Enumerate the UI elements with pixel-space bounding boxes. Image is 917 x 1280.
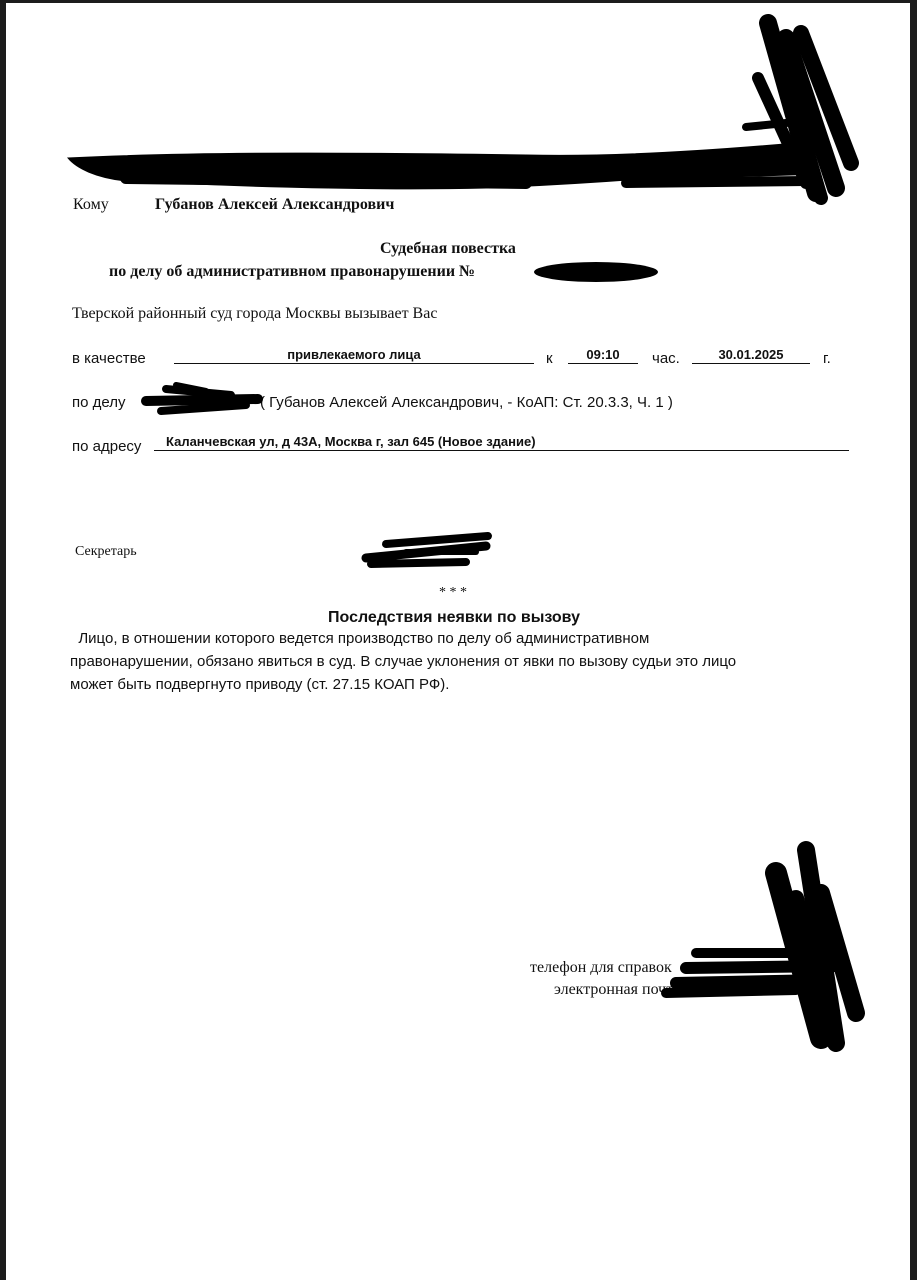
case-details: ( Губанов Алексей Александрович, - КоАП:… <box>260 394 673 411</box>
consequences-line-1: Лицо, в отношении которого ведется произ… <box>70 630 649 647</box>
redaction-footer-contacts <box>646 838 876 1058</box>
phone-label: телефон для справок <box>530 959 672 977</box>
capacity-value: привлекаемого лица <box>174 347 534 364</box>
document-title: Судебная повестка <box>380 240 516 258</box>
case-label: по делу <box>72 394 125 411</box>
time-prefix-label: к <box>546 350 553 367</box>
consequences-line-2: правонарушении, обязано явиться в суд. В… <box>70 653 736 670</box>
recipient-name: Губанов Алексей Александрович <box>155 196 394 214</box>
address-label: по адресу <box>72 438 141 455</box>
hour-label: час. <box>652 350 680 367</box>
redaction-secretary-signature <box>356 528 496 573</box>
secretary-label: Секретарь <box>75 544 137 560</box>
section-separator: * * * <box>439 585 467 601</box>
year-label: г. <box>823 350 831 367</box>
redaction-top-header <box>6 3 910 263</box>
consequences-line-3: может быть подвергнуто приводу (ст. 27.1… <box>70 676 449 693</box>
address-value: Каланчевская ул, д 43А, Москва г, зал 64… <box>154 434 849 451</box>
redaction-case-number-body <box>136 379 266 424</box>
consequences-heading: Последствия неявки по вызову <box>328 609 580 627</box>
email-label: электронная почта <box>554 981 680 999</box>
court-summons-text: Тверской районный суд города Москвы вызы… <box>72 305 437 323</box>
redaction-case-number-title <box>526 257 666 287</box>
document-subtitle: по делу об административном правонарушен… <box>109 263 475 281</box>
time-value: 09:10 <box>568 347 638 364</box>
date-value: 30.01.2025 <box>692 347 810 364</box>
recipient-label: Кому <box>73 196 109 214</box>
capacity-label: в качестве <box>72 350 146 367</box>
summons-page: Кому Губанов Алексей Александрович Судеб… <box>6 3 910 1280</box>
